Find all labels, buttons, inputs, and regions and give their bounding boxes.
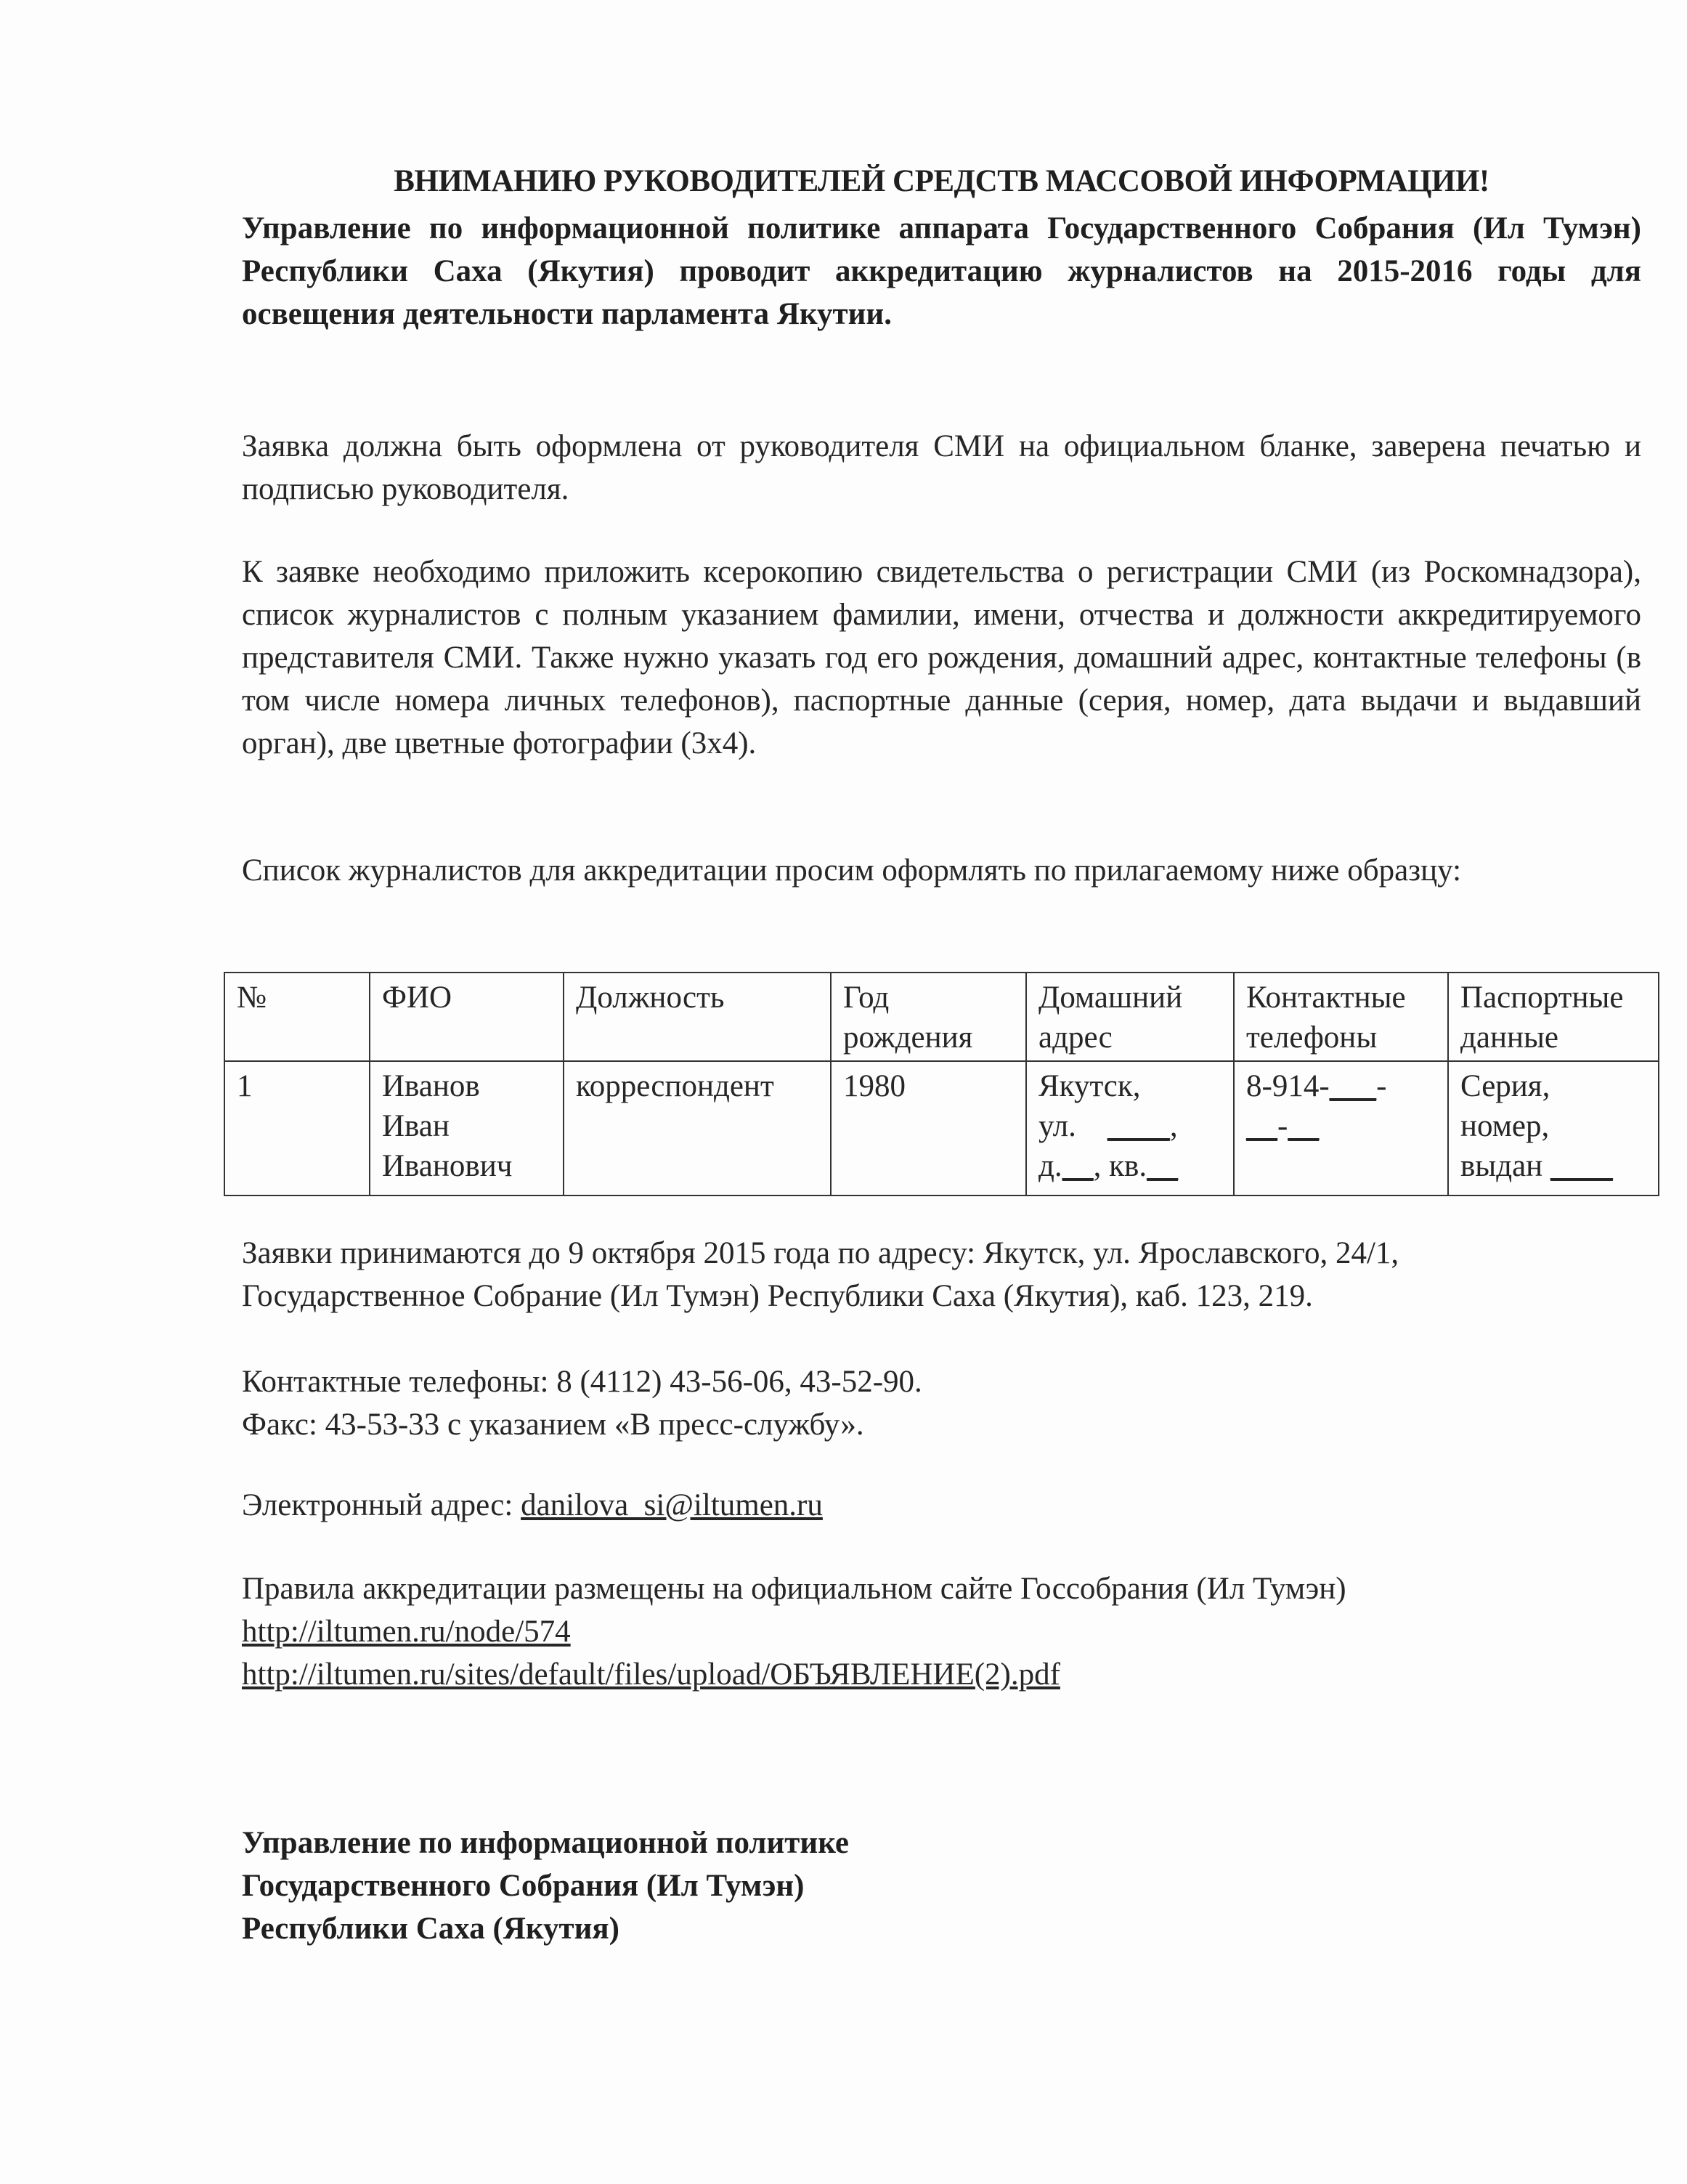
rules-paragraph: Правила аккредитации размещены на официа… [242, 1567, 1641, 1696]
signature-line-2: Государственного Собрания (Ил Тумэн) [242, 1864, 849, 1907]
cell-fio: Иванов Иван Иванович [370, 1061, 564, 1195]
rules-link-node[interactable]: http://iltumen.ru/node/574 [242, 1615, 571, 1649]
application-paragraph: Заявка должна быть оформлена от руководи… [242, 425, 1641, 511]
header-position: Должность [564, 973, 831, 1061]
header-birth-year: Годрождения [831, 973, 1026, 1061]
header-passport: Паспортныеданные [1448, 973, 1659, 1061]
signature-line-1: Управление по информационной политике [242, 1822, 849, 1864]
cell-address: Якутск, ул. ____, д.__, кв.__ [1026, 1061, 1234, 1195]
header-number: № [224, 973, 370, 1061]
rules-link-pdf[interactable]: http://iltumen.ru/sites/default/files/up… [242, 1657, 1060, 1692]
fax-number: Факс: 43-53-33 с указанием «В пресс-служ… [242, 1403, 1641, 1446]
cell-phones: 8-914-___- __-__ [1234, 1061, 1448, 1195]
attachments-paragraph: К заявке необходимо приложить ксерокопию… [242, 551, 1641, 765]
table-header-row: № ФИО Должность Годрождения Домашнийадре… [224, 973, 1659, 1061]
email-link[interactable]: danilova_si@iltumen.ru [521, 1488, 823, 1522]
table-row: 1 Иванов Иван Иванович корреспондент 198… [224, 1061, 1659, 1195]
list-intro-paragraph: Список журналистов для аккредитации прос… [242, 849, 1641, 892]
deadline-paragraph: Заявки принимаются до 9 октября 2015 год… [242, 1232, 1641, 1318]
deadline-line-1: Заявки принимаются до 9 октября 2015 год… [242, 1232, 1641, 1275]
contacts-paragraph: Контактные телефоны: 8 (4112) 43-56-06, … [242, 1360, 1641, 1446]
contact-phones: Контактные телефоны: 8 (4112) 43-56-06, … [242, 1360, 1641, 1403]
cell-passport: Серия, номер, выдан ____ [1448, 1061, 1659, 1195]
cell-birth-year: 1980 [831, 1061, 1026, 1195]
cell-number: 1 [224, 1061, 370, 1195]
cell-position: корреспондент [564, 1061, 831, 1195]
header-phones: Контактныетелефоны [1234, 973, 1448, 1061]
header-fio: ФИО [370, 973, 564, 1061]
lead-paragraph: Управление по информационной политике ап… [242, 207, 1641, 336]
sample-journalist-table: № ФИО Должность Годрождения Домашнийадре… [224, 972, 1659, 1196]
deadline-line-2: Государственное Собрание (Ил Тумэн) Респ… [242, 1275, 1641, 1318]
email-label: Электронный адрес: [242, 1488, 521, 1522]
email-paragraph: Электронный адрес: danilova_si@iltumen.r… [242, 1484, 1641, 1527]
document-title: ВНИМАНИЮ РУКОВОДИТЕЛЕЙ СРЕДСТВ МАССОВОЙ … [242, 163, 1641, 199]
header-address: Домашнийадрес [1026, 973, 1234, 1061]
signature-line-3: Республики Саха (Якутия) [242, 1907, 849, 1950]
signature-block: Управление по информационной политике Го… [242, 1822, 849, 1950]
rules-text: Правила аккредитации размещены на официа… [242, 1567, 1641, 1610]
